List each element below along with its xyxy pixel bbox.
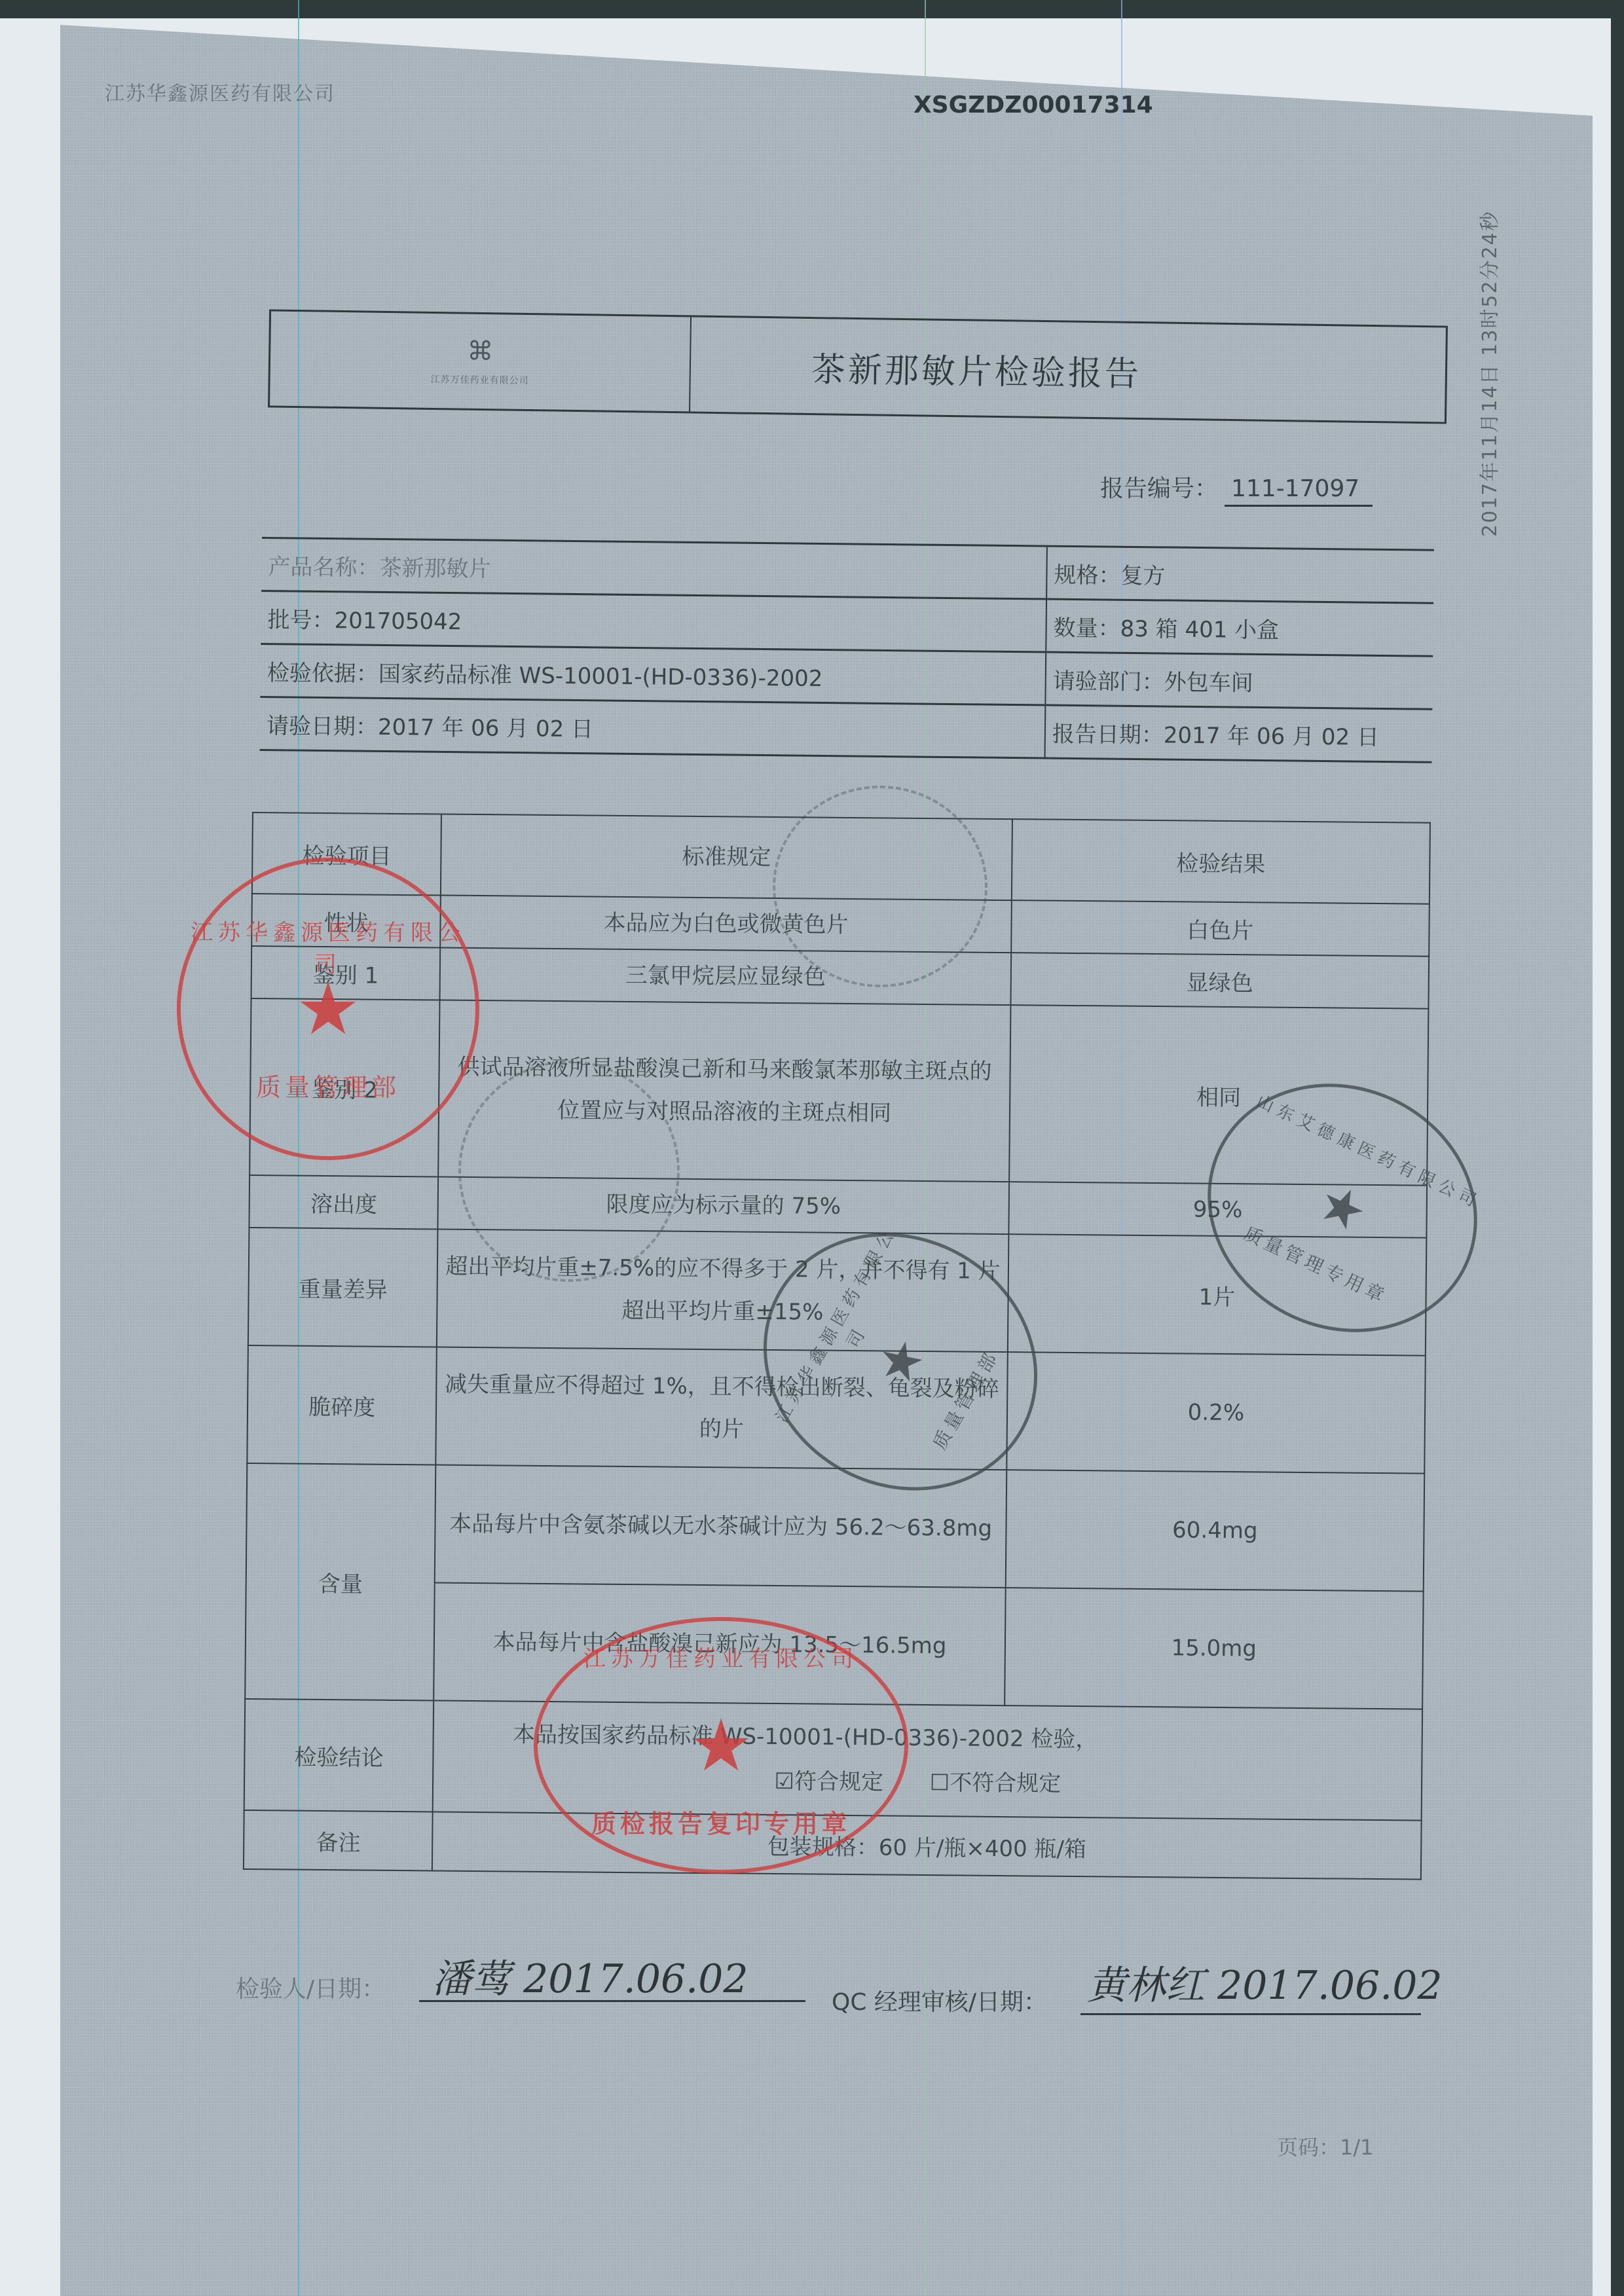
row-standard: 本品每片中含氨茶碱以无水茶碱计应为 56.2～63.8mg xyxy=(435,1465,1006,1588)
inspector-label: 检验人/日期： xyxy=(236,1971,385,2004)
remark-label: 备注 xyxy=(244,1810,433,1871)
row-item: 鉴别 2 xyxy=(249,998,440,1177)
row-item: 溶出度 xyxy=(249,1175,438,1230)
batch-number: 批号：201705042 xyxy=(261,591,1046,652)
report-number: 报告编号：111-17097 xyxy=(1100,470,1373,503)
qc-label: QC 经理审核/日期： xyxy=(832,1984,1047,2017)
logo-icon: ⌘ xyxy=(467,337,494,367)
conclusion-label: 检验结论 xyxy=(244,1699,434,1812)
table-row: 溶出度 限度应为标示量的 75% 95% xyxy=(249,1175,1427,1238)
table-header-row: 检验项目 标准规定 检验结果 xyxy=(252,812,1430,904)
report-date: 报告日期：2017 年 06 月 02 日 xyxy=(1045,705,1433,762)
company-logo: ⌘ 江苏万佳药业有限公司 xyxy=(270,311,692,411)
requesting-department: 请验部门：外包车间 xyxy=(1045,652,1433,709)
row-standard: 限度应为标示量的 75% xyxy=(438,1177,1009,1235)
table-row: 鉴别 2 供试品溶液所显盐酸溴己新和马来酸氯苯那敏主斑点的位置应与对照品溶液的主… xyxy=(249,998,1428,1186)
conclusion-row: 检验结论 本品按国家药品标准 WS-10001-(HD-0336)-2002 检… xyxy=(244,1699,1422,1821)
table-row: 性状 本品应为白色或微黄色片 白色片 xyxy=(251,894,1430,957)
header-company: 江苏华鑫源医药有限公司 xyxy=(105,77,335,106)
row-result: 相同 xyxy=(1009,1005,1429,1186)
row-standard: 超出平均片重±7.5%的应不得多于 2 片，并不得有 1 片超出平均片重±15% xyxy=(437,1230,1008,1353)
scan-timestamp: 2017年11月14日 13时52分24秒 xyxy=(1473,210,1502,537)
header-result: 检验结果 xyxy=(1012,819,1430,904)
logo-text: 江苏万佳药业有限公司 xyxy=(431,373,529,387)
info-row: 请验日期：2017 年 06 月 02 日 报告日期：2017 年 06 月 0… xyxy=(260,697,1433,762)
row-item: 含量 xyxy=(245,1463,435,1701)
row-item: 重量差异 xyxy=(248,1228,438,1347)
row-standard: 本品应为白色或微黄色片 xyxy=(441,896,1012,953)
header-item: 检验项目 xyxy=(252,812,441,896)
quantity: 数量：83 箱 401 小盒 xyxy=(1046,599,1433,656)
remark-row: 备注 包装规格：60 片/瓶×400 瓶/箱 xyxy=(244,1810,1422,1880)
row-item: 脆碎度 xyxy=(247,1345,437,1465)
option-fail-checkbox: ☐不符合规定 xyxy=(930,1770,1061,1797)
report-title: 茶新那敏片检验报告 xyxy=(690,317,1446,422)
row-standard: 本品每片中含盐酸溴己新应为 13.5～16.5mg xyxy=(434,1582,1006,1705)
test-basis: 检验依据：国家药品标准 WS-10001-(HD-0336)-2002 xyxy=(260,644,1046,705)
row-result: 0.2% xyxy=(1006,1352,1426,1474)
title-block: ⌘ 江苏万佳药业有限公司 茶新那敏片检验报告 xyxy=(268,309,1448,424)
page-number: 页码：1/1 xyxy=(1277,2131,1374,2161)
specification: 规格：复方 xyxy=(1046,546,1434,603)
option-pass-checkbox: ☑符合规定 xyxy=(774,1768,883,1795)
conclusion-cell: 本品按国家药品标准 WS-10001-(HD-0336)-2002 检验， ☑符… xyxy=(433,1700,1422,1820)
table-row: 重量差异 超出平均片重±7.5%的应不得多于 2 片，并不得有 1 片超出平均片… xyxy=(248,1228,1427,1356)
row-result: 15.0mg xyxy=(1005,1588,1424,1709)
table-row: 脆碎度 减失重量应不得超过 1%，且不得检出断裂、龟裂及粉碎的片 0.2% xyxy=(247,1345,1426,1474)
document-code: XSGZDZ00017314 xyxy=(913,92,1153,118)
qc-signature: 黄林红 2017.06.02 xyxy=(1087,1954,1443,2011)
inspection-table: 检验项目 标准规定 检验结果 性状 本品应为白色或微黄色片 白色片 鉴别 1 三… xyxy=(243,812,1431,1880)
row-result: 95% xyxy=(1008,1182,1427,1238)
row-standard: 减失重量应不得超过 1%，且不得检出断裂、龟裂及粉碎的片 xyxy=(436,1347,1008,1470)
conclusion-options: ☑符合规定 ☐不符合规定 xyxy=(512,1757,1414,1810)
inspector-signature: 潘莺 2017.06.02 xyxy=(432,1948,748,2004)
conclusion-text: 本品按国家药品标准 WS-10001-(HD-0336)-2002 检验， xyxy=(513,1713,1415,1765)
inspector-underline xyxy=(419,2000,805,2002)
info-table: 产品名称：茶新那敏片 规格：复方 批号：201705042 数量：83 箱 40… xyxy=(260,537,1434,763)
row-result: 1片 xyxy=(1008,1234,1427,1356)
row-result: 白色片 xyxy=(1011,900,1430,957)
report-number-value: 111-17097 xyxy=(1225,475,1373,507)
row-result: 显绿色 xyxy=(1010,953,1429,1009)
report-number-label: 报告编号： xyxy=(1100,475,1218,502)
row-item: 性状 xyxy=(251,894,441,948)
request-date: 请验日期：2017 年 06 月 02 日 xyxy=(260,697,1046,758)
row-standard: 三氯甲烷层应显绿色 xyxy=(440,948,1011,1006)
row-standard: 供试品溶液所显盐酸溴己新和马来酸氯苯那敏主斑点的位置应与对照品溶液的主斑点相同 xyxy=(438,1000,1010,1182)
table-row: 鉴别 1 三氯甲烷层应显绿色 显绿色 xyxy=(251,946,1430,1009)
product-name: 产品名称：茶新那敏片 xyxy=(261,538,1047,599)
row-item: 鉴别 1 xyxy=(251,946,441,1000)
table-row: 含量 本品每片中含氨茶碱以无水茶碱计应为 56.2～63.8mg 60.4mg xyxy=(246,1463,1425,1592)
remark-text: 包装规格：60 片/瓶×400 瓶/箱 xyxy=(432,1812,1421,1879)
qc-underline xyxy=(1080,2013,1421,2015)
header-standard: 标准规定 xyxy=(441,814,1012,901)
row-result: 60.4mg xyxy=(1005,1470,1424,1592)
